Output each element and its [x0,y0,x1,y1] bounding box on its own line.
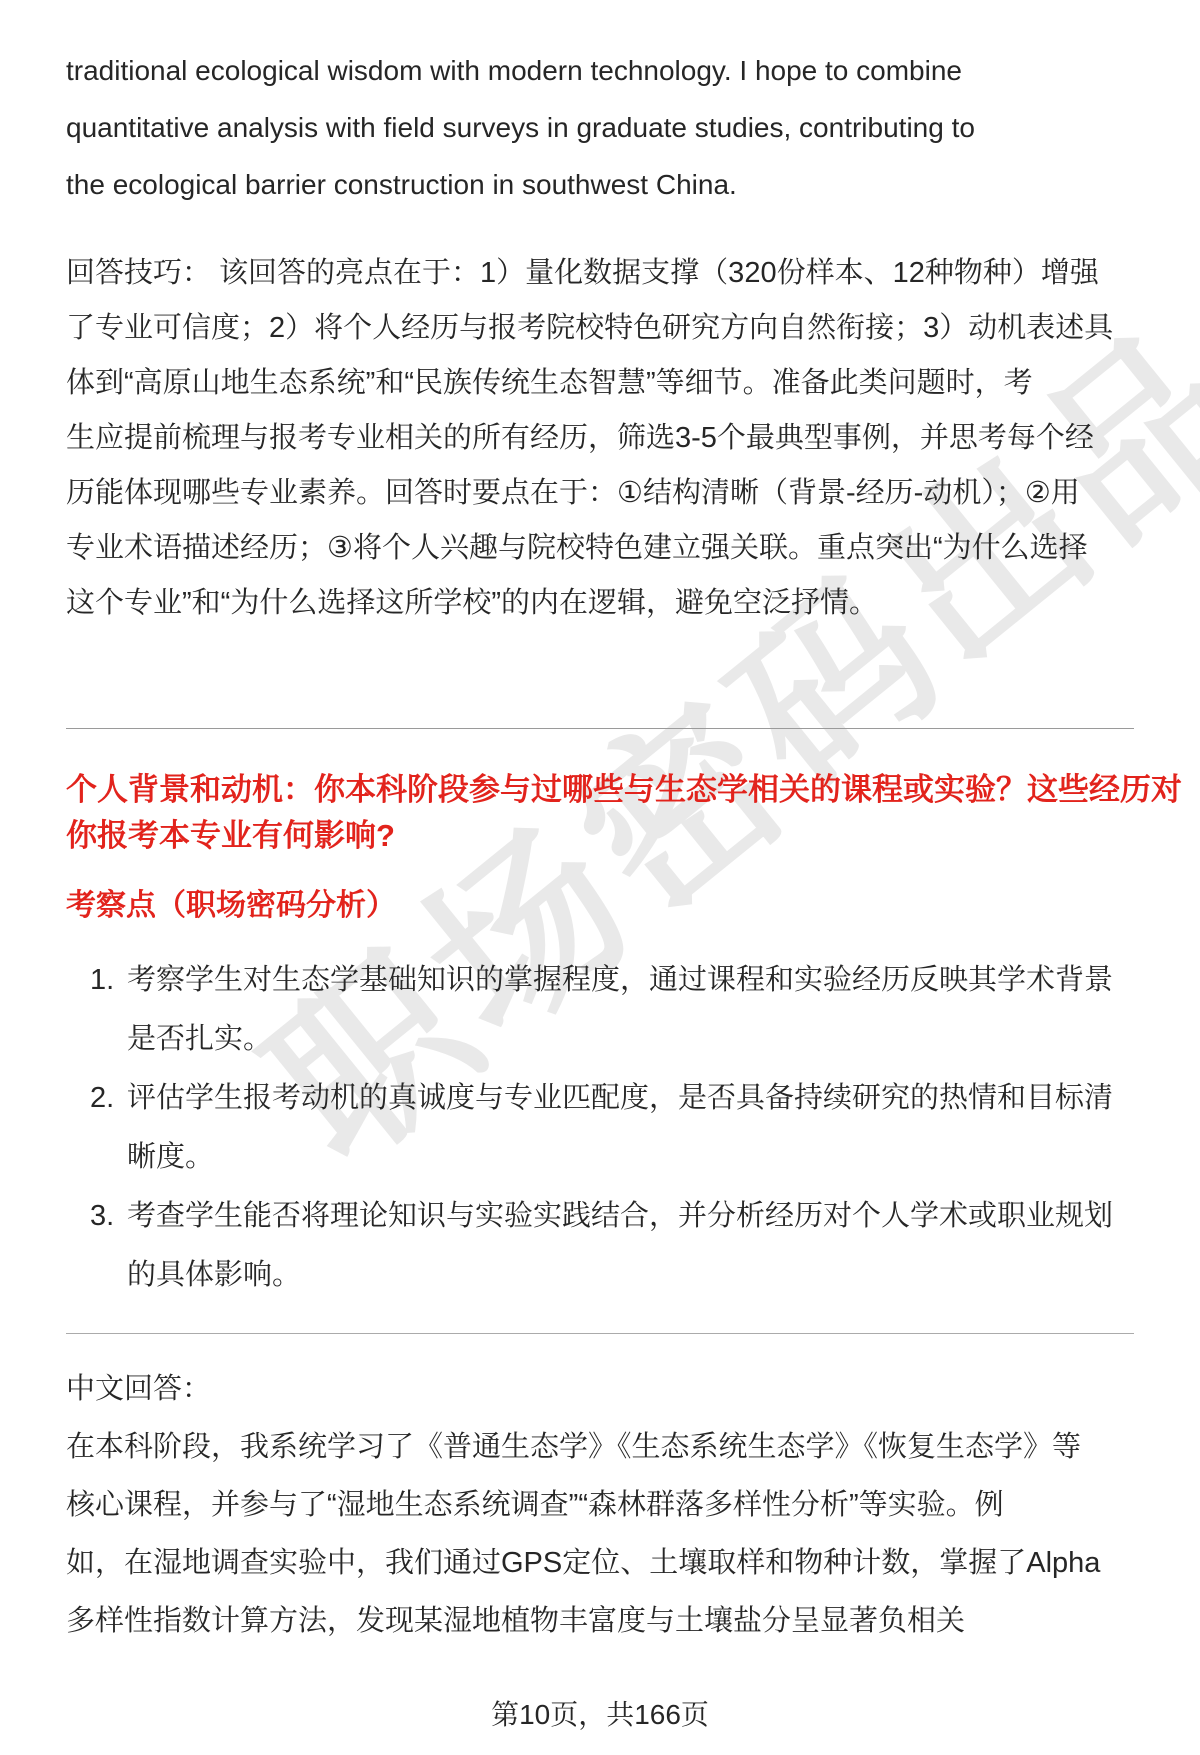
analysis-heading: 考察点（职场密码分析） [66,883,1134,929]
paragraph-line: the ecological barrier construction in s… [66,156,1134,213]
paragraph-line: 在本科阶段，我系统学习了《普通生态学》《生态系统生态学》《恢复生态学》等 [66,1418,1134,1476]
heading-line: 你报考本专业有何影响? [66,813,1134,859]
section-divider [66,1333,1134,1334]
paragraph-line: 生应提前梳理与报考专业相关的所有经历，筛选3-5个最典型事例，并思考每个经 [66,411,1134,466]
chinese-answer-label: 中文回答： [66,1360,1134,1418]
question-heading: 个人背景和动机：你本科阶段参与过哪些与生态学相关的课程或实验？这些经历对 你报考… [66,767,1134,859]
list-item: 2.评估学生报考动机的真诚度与专业匹配度，是否具备持续研究的热情和目标清 晰度。 [66,1069,1134,1187]
list-item-line: 3.考查学生能否将理论知识与实验实践结合，并分析经历对个人学术或职业规划 [66,1187,1134,1246]
paragraph-line: 回答技巧： 该回答的亮点在于：1）量化数据支撑（320份样本、12种物种）增强 [66,246,1134,301]
list-item-text: 评估学生报考动机的真诚度与专业匹配度，是否具备持续研究的热情和目标清 [127,1082,1113,1114]
list-item: 3.考查学生能否将理论知识与实验实践结合，并分析经历对个人学术或职业规划 的具体… [66,1187,1134,1305]
paragraph-line: 历能体现哪些专业素养。回答时要点在于：①结构清晰（背景-经历-动机）；②用 [66,466,1134,521]
list-item-text: 考察学生对生态学基础知识的掌握程度，通过课程和实验经历反映其学术背景 [127,964,1113,996]
section-divider [66,728,1134,729]
paragraph-line: 了专业可信度；2）将个人经历与报考院校特色研究方向自然衔接；3）动机表述具 [66,301,1134,356]
english-paragraph: traditional ecological wisdom with moder… [66,42,1134,213]
paragraph-line: 核心课程，并参与了“湿地生态系统调查”“森林群落多样性分析”等实验。例 [66,1476,1134,1534]
list-item-line: 晰度。 [66,1128,1134,1187]
list-item-number: 3. [90,1187,127,1246]
paragraph-line: 专业术语描述经历；③将个人兴趣与院校特色建立强关联。重点突出“为什么选择 [66,521,1134,576]
list-item-line: 1.考察学生对生态学基础知识的掌握程度，通过课程和实验经历反映其学术背景 [66,951,1134,1010]
list-item-line: 2.评估学生报考动机的真诚度与专业匹配度，是否具备持续研究的热情和目标清 [66,1069,1134,1128]
answer-tips-paragraph: 回答技巧： 该回答的亮点在于：1）量化数据支撑（320份样本、12种物种）增强 … [66,246,1134,631]
paragraph-line: 多样性指数计算方法，发现某湿地植物丰富度与土壤盐分呈显著负相关 [66,1592,1134,1650]
list-item-line: 是否扎实。 [66,1010,1134,1069]
list-item-number: 1. [90,951,127,1010]
list-item-text: 考查学生能否将理论知识与实验实践结合，并分析经历对个人学术或职业规划 [127,1200,1113,1232]
list-item-line: 的具体影响。 [66,1246,1134,1305]
page-footer: 第10页，共166页 [0,1693,1200,1733]
list-item-number: 2. [90,1069,127,1128]
page-content: traditional ecological wisdom with moder… [0,0,1200,1650]
chinese-answer-section: 中文回答： 在本科阶段，我系统学习了《普通生态学》《生态系统生态学》《恢复生态学… [66,1360,1134,1650]
paragraph-line: quantitative analysis with field surveys… [66,99,1134,156]
paragraph-line: 体到“高原山地生态系统”和“民族传统生态智慧”等细节。准备此类问题时，考 [66,356,1134,411]
list-item: 1.考察学生对生态学基础知识的掌握程度，通过课程和实验经历反映其学术背景 是否扎… [66,951,1134,1069]
heading-line: 个人背景和动机：你本科阶段参与过哪些与生态学相关的课程或实验？这些经历对 [66,767,1134,813]
document-page: 职场密码出品 traditional ecological wisdom wit… [0,0,1200,1755]
paragraph-line: 这个专业”和“为什么选择这所学校”的内在逻辑，避免空泛抒情。 [66,576,1134,631]
paragraph-line: 如，在湿地调查实验中，我们通过GPS定位、土壤取样和物种计数，掌握了Alpha [66,1534,1134,1592]
paragraph-line: traditional ecological wisdom with moder… [66,42,1134,99]
assessment-points-list: 1.考察学生对生态学基础知识的掌握程度，通过课程和实验经历反映其学术背景 是否扎… [66,951,1134,1305]
